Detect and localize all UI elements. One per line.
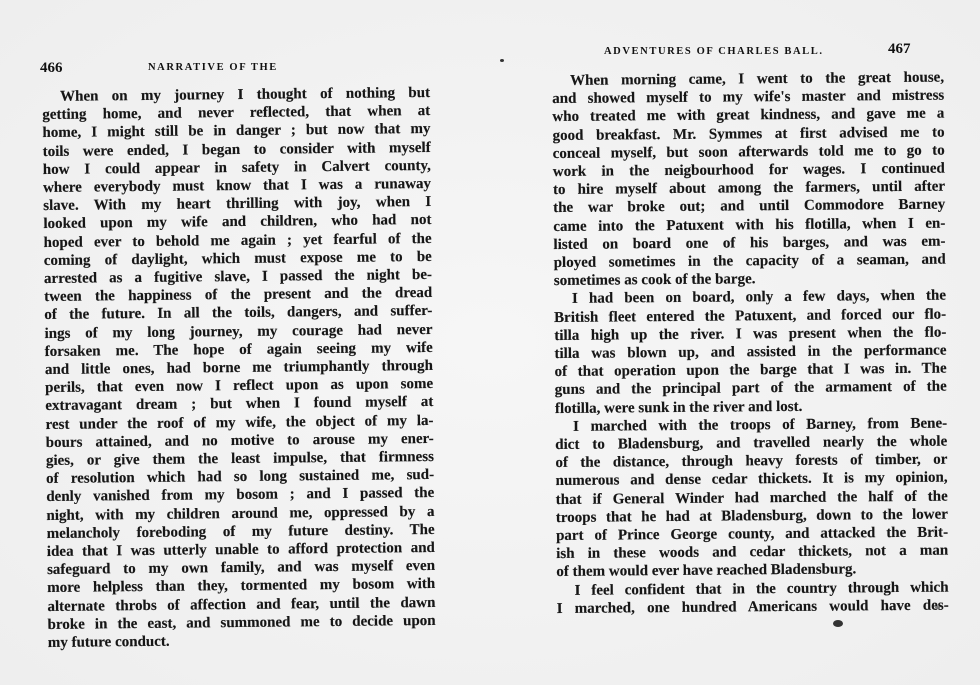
paragraph: I had been on board, only a few days, wh… <box>554 287 947 418</box>
right-page: ADVENTURES OF CHARLES BALL. 467 When mor… <box>490 0 980 685</box>
text-line: I marched, one hundred Americans would h… <box>557 596 949 618</box>
text-line: my future conduct. <box>48 630 436 652</box>
ink-speck <box>833 620 843 627</box>
book-spread: 466 NARRATIVE OF THE When on my journey … <box>0 0 980 685</box>
text-line: guns and the principal part of the armam… <box>555 378 947 400</box>
paragraph: When morning came, I went to the great h… <box>552 69 946 291</box>
paragraph: When on my journey I thought of nothing … <box>42 84 436 652</box>
left-page-body: When on my journey I thought of nothing … <box>42 84 436 652</box>
left-page: 466 NARRATIVE OF THE When on my journey … <box>0 0 490 685</box>
right-page-body: When morning came, I went to the great h… <box>552 69 949 618</box>
ink-speck <box>935 606 940 609</box>
page-number-right: 467 <box>888 41 911 58</box>
text-line: ployed sometimes in the capacity of a se… <box>554 251 946 273</box>
running-head-left: NARRATIVE OF THE <box>148 62 278 73</box>
paragraph: I marched with the troops of Barney, fro… <box>555 414 948 581</box>
ink-speck <box>500 59 504 62</box>
page-number-left: 466 <box>40 60 63 77</box>
running-head-right: ADVENTURES OF CHARLES BALL. <box>604 46 824 57</box>
paragraph: I feel confident that in the country thr… <box>556 578 948 618</box>
